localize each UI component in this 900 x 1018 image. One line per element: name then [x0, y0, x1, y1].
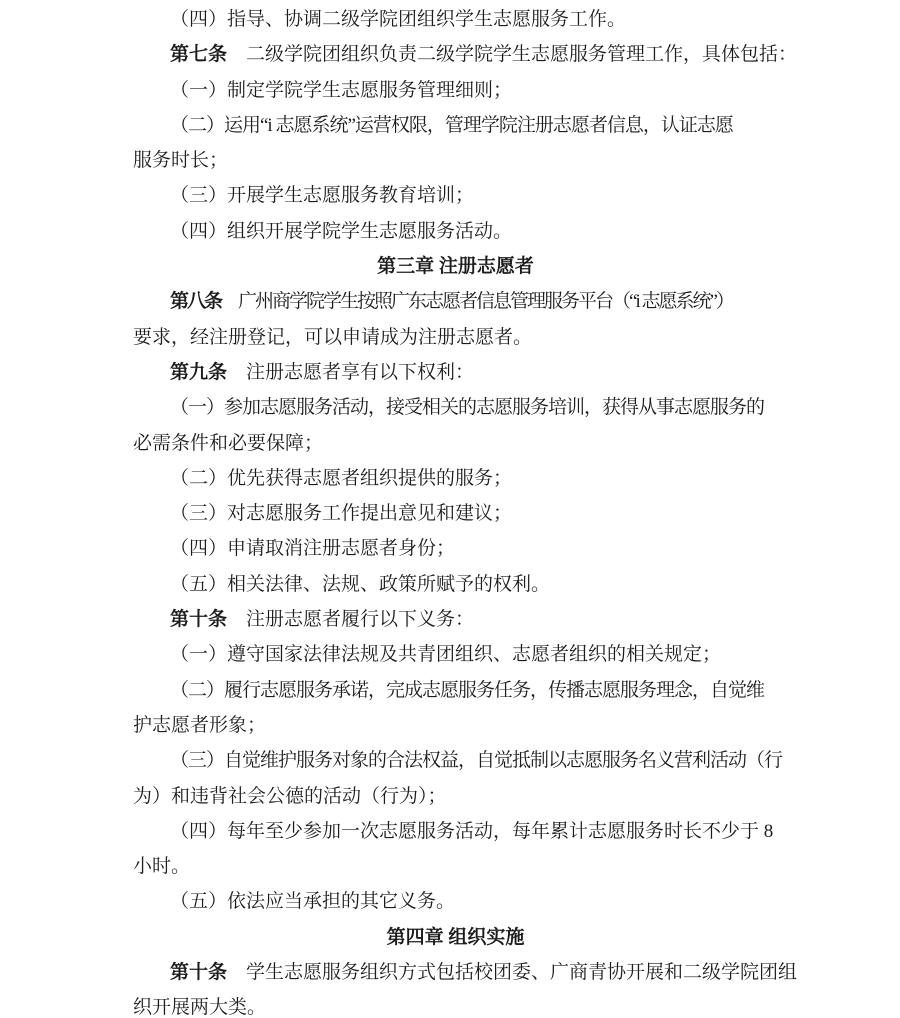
text-line: 护志愿者形象； [133, 708, 778, 743]
line-text: 小时。 [133, 856, 190, 877]
line-text: （一）遵守国家法律法规及共青团组织、志愿者组织的相关规定； [170, 644, 721, 665]
document-body: （四）指导、协调二级学院团组织学生志愿服务工作。第七条 二级学院团组织负责二级学… [133, 2, 778, 1018]
text-line: （三）自觉维护服务对象的合法权益，自觉抵制以志愿服务名义营利活动（行 [133, 743, 778, 778]
text-line: （二）运用“i 志愿系统”运营权限，管理学院注册志愿者信息，认证志愿 [133, 108, 778, 143]
line-text: 学生志愿服务组织方式包括校团委、广商青协开展和二级学院团组 [227, 962, 797, 983]
text-line: （四）每年至少参加一次志愿服务活动，每年累计志愿服务时长不少于 8 [133, 814, 778, 849]
line-text: （三）开展学生志愿服务教育培训； [170, 185, 474, 206]
text-line: 必需条件和必要保障； [133, 426, 778, 461]
text-line: 服务时长； [133, 143, 778, 178]
line-text: 注册志愿者履行以下义务： [227, 609, 474, 630]
text-line: （四）指导、协调二级学院团组织学生志愿服务工作。 [133, 2, 778, 37]
line-text: 第三章 注册志愿者 [377, 256, 534, 277]
text-line: （二）履行志愿服务承诺，完成志愿服务任务，传播志愿服务理念，自觉维 [133, 673, 778, 708]
line-text: 为）和违背社会公德的活动（行为）； [133, 786, 447, 807]
line-text: （四）指导、协调二级学院团组织学生志愿服务工作。 [170, 9, 626, 30]
text-line: （四）组织开展学院学生志愿服务活动。 [133, 214, 778, 249]
text-line: （五）相关法律、法规、政策所赋予的权利。 [133, 567, 778, 602]
text-line: 小时。 [133, 849, 778, 884]
line-text: （三）自觉维护服务对象的合法权益，自觉抵制以志愿服务名义营利活动（行 [170, 750, 782, 771]
line-text: 二级学院团组织负责二级学院学生志愿服务管理工作，具体包括： [227, 44, 797, 65]
text-line: （一）制定学院学生志愿服务管理细则； [133, 73, 778, 108]
article-opening-line: 第七条 二级学院团组织负责二级学院学生志愿服务管理工作，具体包括： [133, 37, 778, 72]
line-text: （二）优先获得志愿者组织提供的服务； [170, 468, 512, 489]
chapter-heading: 第四章 组织实施 [133, 920, 778, 955]
chapter-heading: 第三章 注册志愿者 [133, 249, 778, 284]
text-line: （五）依法应当承担的其它义务。 [133, 884, 778, 919]
line-text: 第四章 组织实施 [387, 927, 525, 948]
article-opening-line: 第九条 注册志愿者享有以下权利： [133, 355, 778, 390]
line-text: （五）依法应当承担的其它义务。 [170, 891, 455, 912]
text-line: （三）开展学生志愿服务教育培训； [133, 178, 778, 213]
article-number: 第八条 [170, 291, 221, 312]
article-number: 第七条 [170, 44, 227, 65]
line-text: （三）对志愿服务工作提出意见和建议； [170, 503, 512, 524]
article-opening-line: 第十条 注册志愿者履行以下义务： [133, 602, 778, 637]
article-opening-line: 第十条 学生志愿服务组织方式包括校团委、广商青协开展和二级学院团组 [133, 955, 778, 990]
text-line: （一）遵守国家法律法规及共青团组织、志愿者组织的相关规定； [133, 637, 778, 672]
line-text: （四）申请取消注册志愿者身份； [170, 538, 455, 559]
article-number: 第十条 [170, 609, 227, 630]
text-line: （一）参加志愿服务活动，接受相关的志愿服务培训，获得从事志愿服务的 [133, 390, 778, 425]
text-line: 织开展两大类。 [133, 990, 778, 1018]
line-text: （二）运用“i 志愿系统”运营权限，管理学院注册志愿者信息，认证志愿 [170, 115, 733, 136]
line-text: 必需条件和必要保障； [133, 433, 323, 454]
text-line: 要求，经注册登记，可以申请成为注册志愿者。 [133, 320, 778, 355]
article-opening-line: 第八条 广州商学院学生按照广东志愿者信息管理服务平台（“i 志愿系统”） [133, 284, 778, 319]
line-text: 护志愿者形象； [133, 715, 266, 736]
line-text: 织开展两大类。 [133, 997, 266, 1018]
line-text: （二）履行志愿服务承诺，完成志愿服务任务，传播志愿服务理念，自觉维 [170, 680, 764, 701]
line-text: （四）组织开展学院学生志愿服务活动。 [170, 221, 512, 242]
line-text: （四）每年至少参加一次志愿服务活动，每年累计志愿服务时长不少于 8 [170, 821, 773, 842]
text-line: 为）和违背社会公德的活动（行为）； [133, 779, 778, 814]
line-text: （五）相关法律、法规、政策所赋予的权利。 [170, 574, 550, 595]
line-text: 要求，经注册登记，可以申请成为注册志愿者。 [133, 327, 532, 348]
text-line: （三）对志愿服务工作提出意见和建议； [133, 496, 778, 531]
article-number: 第九条 [170, 362, 227, 383]
line-text: （一）参加志愿服务活动，接受相关的志愿服务培训，获得从事志愿服务的 [170, 397, 764, 418]
line-text: 服务时长； [133, 150, 228, 171]
line-text: （一）制定学院学生志愿服务管理细则； [170, 80, 512, 101]
article-number: 第十条 [170, 962, 227, 983]
text-line: （二）优先获得志愿者组织提供的服务； [133, 461, 778, 496]
line-text: 广州商学院学生按照广东志愿者信息管理服务平台（“i 志愿系统”） [221, 291, 733, 312]
document-page: （四）指导、协调二级学院团组织学生志愿服务工作。第七条 二级学院团组织负责二级学… [0, 0, 900, 1018]
line-text: 注册志愿者享有以下权利： [227, 362, 474, 383]
text-line: （四）申请取消注册志愿者身份； [133, 531, 778, 566]
